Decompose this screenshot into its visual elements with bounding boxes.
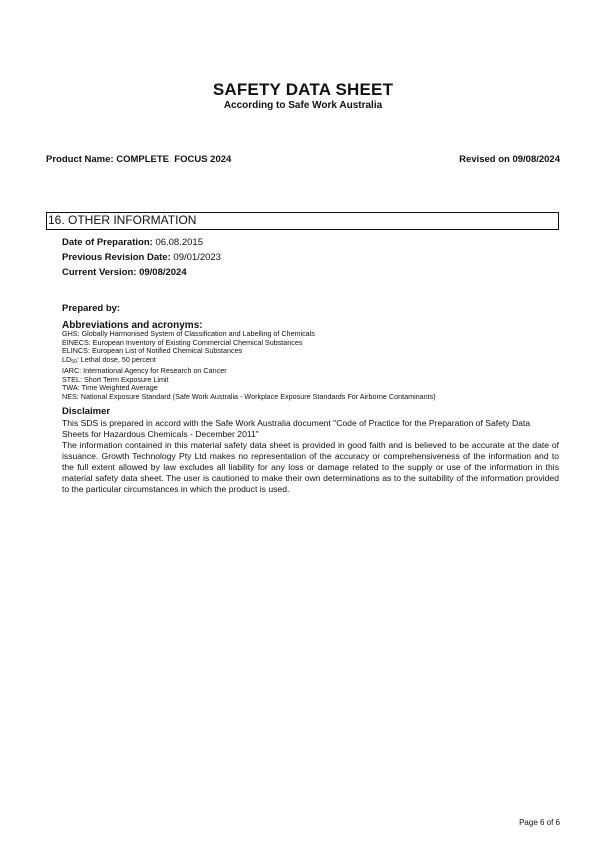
product-name-label: Product Name: (46, 154, 114, 165)
section-title: 16. OTHER INFORMATION (48, 213, 196, 228)
abbreviations-list: GHS: Globally Harmonised System of Class… (62, 330, 562, 402)
document-title: SAFETY DATA SHEET (0, 80, 606, 100)
date-of-preparation-label: Date of Preparation: (62, 237, 153, 248)
page-number: Page 6 of 6 (519, 818, 560, 827)
product-name-value: COMPLETE FOCUS 2024 (116, 154, 231, 165)
disclaimer-body: This SDS is prepared in accord with the … (62, 418, 559, 495)
ld-prefix: LD (62, 355, 71, 364)
date-of-preparation: Date of Preparation: 06.08.2015 (62, 237, 203, 248)
previous-revision-date: Previous Revision Date: 09/01/2023 (62, 252, 221, 263)
abbreviation-item-ld50: LD50: Lethal dose, 50 percent (62, 356, 562, 367)
ld-rest: : Lethal dose, 50 percent (77, 355, 156, 364)
prepared-by-label: Prepared by: (62, 303, 120, 314)
previous-revision-value: 09/01/2023 (173, 252, 221, 263)
product-name: Product Name: COMPLETE FOCUS 2024 (46, 154, 231, 165)
current-version-label: Current Version: (62, 267, 136, 278)
disclaimer-heading: Disclaimer (62, 406, 110, 417)
previous-revision-label: Previous Revision Date: (62, 252, 171, 263)
date-of-preparation-value: 06.08.2015 (155, 237, 203, 248)
current-version-value: 09/08/2024 (139, 267, 187, 278)
disclaimer-paragraph: This SDS is prepared in accord with the … (62, 418, 559, 440)
revised-label: Revised on (459, 154, 510, 165)
revised-date: Revised on 09/08/2024 (459, 154, 560, 165)
abbreviation-item: NES: National Exposure Standard (Safe Wo… (62, 393, 562, 402)
revised-value: 09/08/2024 (512, 154, 560, 165)
disclaimer-paragraph: The information contained in this materi… (62, 440, 559, 495)
current-version: Current Version: 09/08/2024 (62, 267, 187, 278)
document-subtitle: According to Safe Work Australia (0, 100, 606, 111)
